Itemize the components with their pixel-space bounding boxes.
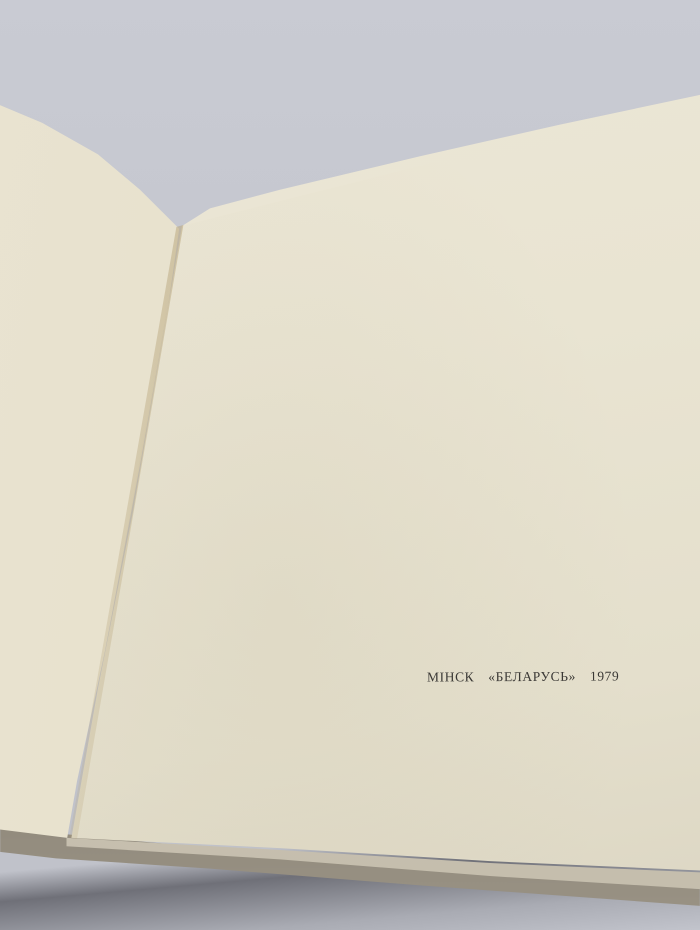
imprint-year: 1979 [590,669,619,684]
imprint-line: МІНСК «БЕЛАРУСЬ» 1979 [427,668,629,685]
imprint-city: МІНСК [427,669,474,684]
imprint-publisher: «БЕЛАРУСЬ» [488,669,576,684]
